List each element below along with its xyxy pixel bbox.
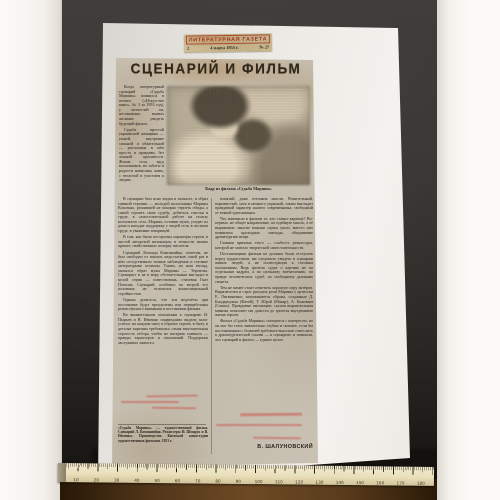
- ruler-number: 20: [86, 477, 106, 482]
- article-paragraph: Тем не менее стоит отметить хорошую игру…: [215, 286, 313, 318]
- ruler-number: 90: [228, 478, 248, 483]
- ruler-number: 50: [147, 477, 167, 482]
- article-paragraph: Постановщики фильма не должны были отсту…: [215, 252, 313, 284]
- ruler-number: 110: [269, 479, 289, 484]
- ruler-number: 100: [248, 478, 268, 483]
- article-paragraph: Сценарий Леонида Компанийца, отметим, не…: [118, 251, 208, 297]
- article-paragraph: Во внимательном отношении к сценарию И. …: [118, 313, 208, 345]
- ruler-number: 80: [208, 478, 228, 483]
- author-byline: В. ШАЛУНОВСКИЙ: [215, 444, 313, 450]
- column-divider-rule: [211, 198, 212, 454]
- ruler-number: 10: [66, 477, 86, 482]
- ruler-number: 180: [411, 480, 431, 485]
- article-paragraph: Судьба простой украинской женщины — умно…: [119, 128, 164, 183]
- ruler-number: 130: [309, 479, 329, 484]
- article-paragraph: В сценарии был ясно виден и замысел, и о…: [118, 197, 208, 234]
- photo-caption: Кадр из фильма «Судьба Марины»: [167, 186, 310, 191]
- ruler-number: 170: [390, 480, 410, 485]
- issue-number: № 27: [259, 44, 269, 49]
- newspaper-title: ЛИТЕРАТУРНАЯ ГАЗЕТА: [186, 34, 270, 44]
- photo-of-newspaper-clipping: СЦЕНАРИЙ И ФИЛЬМ Когда литературный сцен…: [0, 0, 500, 500]
- ruler-number: 120: [289, 479, 309, 484]
- measuring-ruler: 1020304050607080901001101201301401501601…: [58, 463, 434, 486]
- ruler-number: 160: [370, 480, 390, 485]
- issue-date: 4 марта 1954 г.: [210, 45, 238, 50]
- ruler-end-cap: [58, 463, 66, 482]
- newspaper-clipping: СЦЕНАРИЙ И ФИЛЬМ Когда литературный сцен…: [0, 0, 500, 500]
- film-credits-footnote: «Судьба Марины» — художественный фильм. …: [118, 426, 208, 459]
- article-paragraph: Главная причина этого — слабость режиссу…: [215, 241, 313, 250]
- masthead-cutout: ЛИТЕРАТУРНАЯ ГАЗЕТА 2 4 марта 1954 г. № …: [184, 33, 272, 52]
- ruler-number: 30: [106, 477, 126, 482]
- article-paragraph: Что изменили в фильме те, кто ставил кар…: [215, 217, 313, 240]
- masthead-dateline: 2 4 марта 1954 г. № 27: [187, 44, 269, 50]
- white-strip-right: [437, 0, 500, 500]
- footnote-rule: [118, 424, 206, 425]
- page-number: 2: [187, 45, 189, 50]
- article-column-right: понятий, даже оттенков мысли. Решительны…: [215, 197, 313, 441]
- article-column-side: Когда литературный сценарий «Судьба Мари…: [119, 85, 164, 196]
- article-paragraph: В том, как были построены характеры геро…: [118, 235, 208, 249]
- ruler-number: 150: [350, 480, 370, 485]
- ruler-number: 70: [188, 478, 208, 483]
- article-paragraph: понятий, даже оттенков мысли. Решительны…: [215, 197, 313, 215]
- article-paragraph: Фильм «Судьба Марины» смотрится с интере…: [215, 319, 313, 342]
- photo-halftone-grain: [167, 86, 310, 185]
- article-headline: СЦЕНАРИЙ И ФИЛЬМ: [118, 60, 314, 77]
- article-paragraph: Однако думалось, что эти недочёты при по…: [118, 298, 208, 312]
- ruler-number: 40: [127, 477, 147, 482]
- ruler-number: 60: [167, 478, 187, 483]
- article-column-left: В сценарии был ясно виден и замысел, и о…: [118, 197, 208, 423]
- ruler-number: 140: [330, 479, 350, 484]
- article-paragraph: Когда литературный сценарий «Судьба Мари…: [119, 85, 164, 126]
- white-strip-left: [0, 0, 62, 500]
